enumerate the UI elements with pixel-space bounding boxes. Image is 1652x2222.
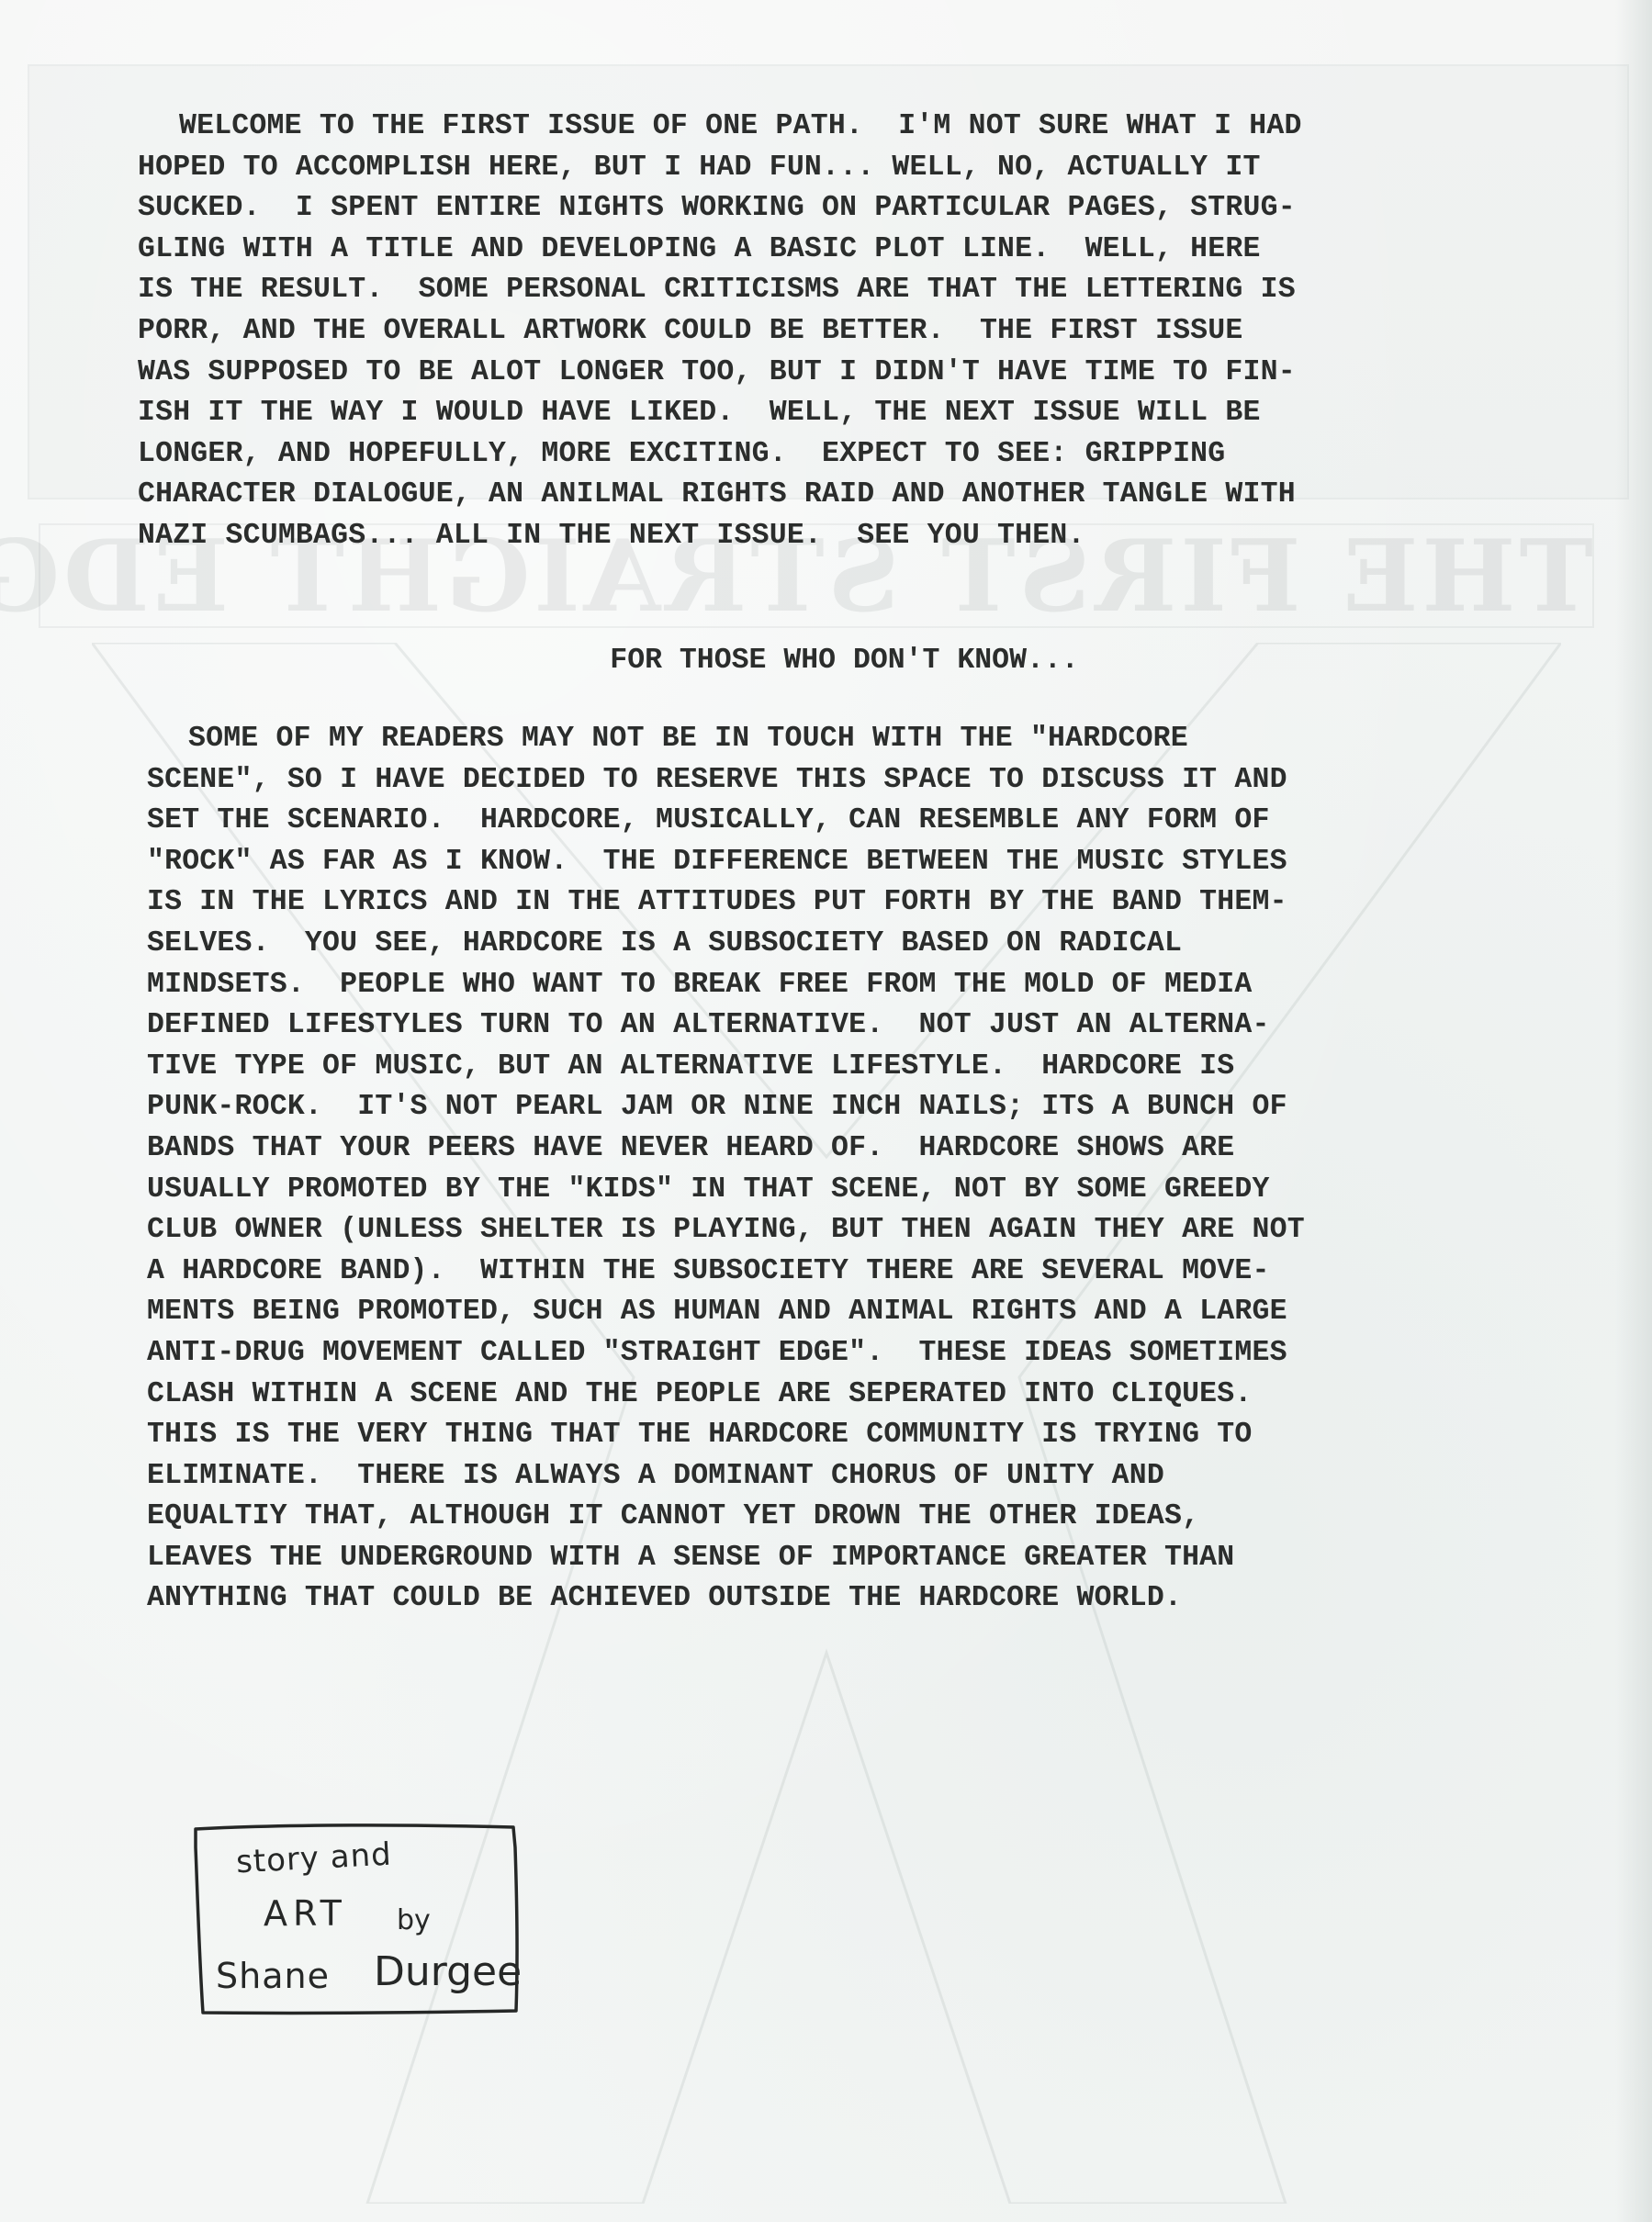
- text-line: TIVE TYPE OF MUSIC, BUT AN ALTERNATIVE L…: [147, 1047, 1305, 1088]
- text-line: WAS SUPPOSED TO BE ALOT LONGER TOO, BUT …: [138, 353, 1302, 394]
- credit-first-name: Shane: [216, 1956, 330, 1996]
- text-line: USUALLY PROMOTED BY THE "KIDS" IN THAT S…: [147, 1170, 1305, 1211]
- text-line: HOPED TO ACCOMPLISH HERE, BUT I HAD FUN.…: [138, 148, 1302, 189]
- text-line: SCENE", SO I HAVE DECIDED TO RESERVE THI…: [147, 760, 1305, 802]
- text-line: SUCKED. I SPENT ENTIRE NIGHTS WORKING ON…: [138, 188, 1302, 230]
- hardcore-paragraph: SOME OF MY READERS MAY NOT BE IN TOUCH W…: [147, 719, 1305, 1620]
- text-line: LEAVES THE UNDERGROUND WITH A SENSE OF I…: [147, 1538, 1305, 1579]
- text-line: CLASH WITHIN A SCENE AND THE PEOPLE ARE …: [147, 1375, 1305, 1416]
- text-line: WELCOME TO THE FIRST ISSUE OF ONE PATH. …: [138, 107, 1302, 148]
- text-line: CLUB OWNER (UNLESS SHELTER IS PLAYING, B…: [147, 1210, 1305, 1251]
- text-line: THIS IS THE VERY THING THAT THE HARDCORE…: [147, 1415, 1305, 1456]
- scan-edge-shadow: [1615, 0, 1652, 2222]
- text-line: ISH IT THE WAY I WOULD HAVE LIKED. WELL,…: [138, 393, 1302, 434]
- text-line: IS IN THE LYRICS AND IN THE ATTITUDES PU…: [147, 882, 1305, 924]
- credit-by: by: [397, 1904, 431, 1936]
- text-line: MENTS BEING PROMOTED, SUCH AS HUMAN AND …: [147, 1292, 1305, 1333]
- text-line: PORR, AND THE OVERALL ARTWORK COULD BE B…: [138, 311, 1302, 353]
- intro-paragraph: WELCOME TO THE FIRST ISSUE OF ONE PATH. …: [138, 107, 1302, 557]
- text-line: A HARDCORE BAND). WITHIN THE SUBSOCIETY …: [147, 1251, 1305, 1293]
- text-line: IS THE RESULT. SOME PERSONAL CRITICISMS …: [138, 270, 1302, 311]
- text-line: DEFINED LIFESTYLES TURN TO AN ALTERNATIV…: [147, 1005, 1305, 1047]
- text-line: CHARACTER DIALOGUE, AN ANILMAL RIGHTS RA…: [138, 475, 1302, 516]
- text-line: ELIMINATE. THERE IS ALWAYS A DOMINANT CH…: [147, 1456, 1305, 1498]
- text-line: SOME OF MY READERS MAY NOT BE IN TOUCH W…: [147, 719, 1305, 760]
- text-line: GLING WITH A TITLE AND DEVELOPING A BASI…: [138, 230, 1302, 271]
- text-line: ANTI-DRUG MOVEMENT CALLED "STRAIGHT EDGE…: [147, 1333, 1305, 1375]
- text-line: MINDSETS. PEOPLE WHO WANT TO BREAK FREE …: [147, 965, 1305, 1006]
- text-line: EQUALTIY THAT, ALTHOUGH IT CANNOT YET DR…: [147, 1497, 1305, 1538]
- text-line: ANYTHING THAT COULD BE ACHIEVED OUTSIDE …: [147, 1578, 1305, 1620]
- credits-box: story and ART by Shane Durgee: [190, 1820, 519, 2016]
- text-line: LONGER, AND HOPEFULLY, MORE EXCITING. EX…: [138, 434, 1302, 476]
- credit-last-name: Durgee: [374, 1948, 522, 1995]
- text-line: BANDS THAT YOUR PEERS HAVE NEVER HEARD O…: [147, 1128, 1305, 1170]
- text-line: SET THE SCENARIO. HARDCORE, MUSICALLY, C…: [147, 801, 1305, 842]
- text-line: "ROCK" AS FAR AS I KNOW. THE DIFFERENCE …: [147, 842, 1305, 883]
- text-line: PUNK-ROCK. IT'S NOT PEARL JAM OR NINE IN…: [147, 1087, 1305, 1128]
- text-line: SELVES. YOU SEE, HARDCORE IS A SUBSOCIET…: [147, 924, 1305, 965]
- credit-art: ART: [264, 1893, 347, 1934]
- text-line: NAZI SCUMBAGS... ALL IN THE NEXT ISSUE. …: [138, 516, 1302, 557]
- section-heading: FOR THOSE WHO DON'T KNOW...: [0, 645, 1652, 677]
